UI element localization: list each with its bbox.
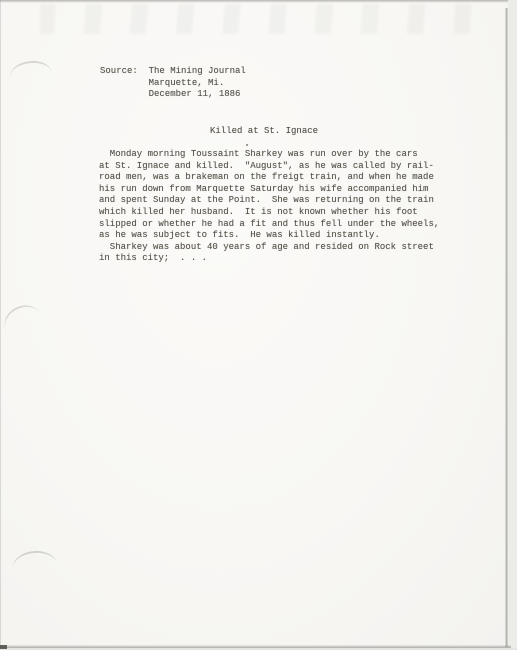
text-line: road men, was a brakeman on the freigt t… [99, 172, 439, 184]
page-edge-right [505, 8, 508, 647]
article-body: Monday morning Toussaint Sharkey was run… [99, 149, 439, 265]
text-line: and spent Sunday at the Point. She was r… [99, 195, 439, 207]
text-line: his run down from Marquette Saturday his… [99, 184, 439, 196]
text-line: December 11, 1886 [100, 89, 246, 101]
binder-hole-shadow [9, 59, 54, 91]
text-line: Marquette, Mi. [100, 78, 246, 90]
text-line: which killed her husband. It is not know… [99, 207, 439, 219]
text-line: Sharkey was about 40 years of age and re… [99, 242, 439, 254]
page-edge-left [0, 0, 1, 650]
scanned-document-page: Source: The Mining Journal Marquette, Mi… [0, 0, 517, 650]
photocopy-smudge [40, 4, 487, 34]
binder-hole-shadow [0, 299, 47, 344]
binder-hole-shadow [12, 549, 58, 583]
source-citation-block: Source: The Mining Journal Marquette, Mi… [100, 66, 246, 101]
text-line: Monday morning Toussaint Sharkey was run… [99, 149, 439, 161]
page-edge-top [0, 0, 511, 3]
text-line: in this city; . . . [99, 253, 439, 265]
stray-typewriter-mark [246, 144, 248, 146]
text-line: slipped or whether he had a fit and thus… [99, 219, 439, 231]
article-title: Killed at St. Ignace [210, 126, 318, 138]
page-edge-right-margin [508, 0, 517, 650]
text-line: at St. Ignace and killed. "August", as h… [99, 161, 439, 173]
text-line: Source: The Mining Journal [100, 66, 246, 78]
text-line: as he was subject to fits. He was killed… [99, 230, 439, 242]
scan-corner-artifact [0, 645, 7, 649]
